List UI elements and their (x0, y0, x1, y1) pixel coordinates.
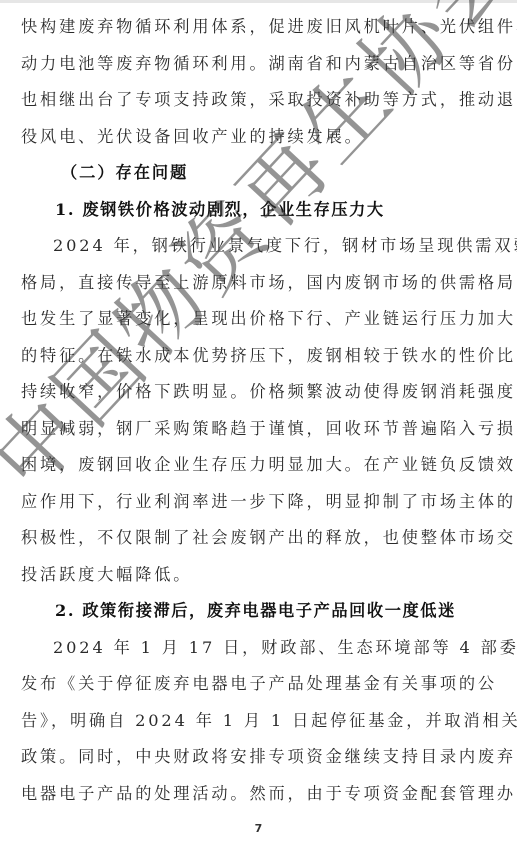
section-heading: （二）存在问题 (21, 155, 497, 192)
body-text-line: 2024 年 1 月 17 日，财政部、生态环境部等 4 部委联合 (21, 630, 497, 667)
page-number: 7 (0, 822, 517, 835)
subheading-1: 1. 废钢铁价格波动剧烈，企业生存压力大 (21, 192, 497, 229)
body-text-line: 明显减弱，钢厂采购策略趋于谨慎，回收环节普遍陷入亏损 (21, 411, 497, 448)
body-text-line: 政策。同时，中央财政将安排专项资金继续支持目录内废弃 (21, 739, 497, 776)
body-text-line: 积极性，不仅限制了社会废钢产出的释放，也使整体市场交 (21, 520, 497, 557)
body-text-line: 役风电、光伏设备回收产业的持续发展。 (21, 119, 497, 156)
top-border (0, 0, 517, 3)
body-text-line: 告》，明确自 2024 年 1 月 1 日起停征基金，并取消相关补贴 (21, 703, 497, 740)
body-text-line: 格局，直接传导至上游原料市场，国内废钢市场的供需格局 (21, 265, 497, 302)
body-text-line: 应作用下，行业利润率进一步下降，明显抑制了市场主体的 (21, 484, 497, 521)
body-text-line: 发布《关于停征废弃电器电子产品处理基金有关事项的公 (21, 666, 497, 703)
body-text-line: 困境，废钢回收企业生存压力明显加大。在产业链负反馈效 (21, 447, 497, 484)
body-text-line: 也相继出台了专项支持政策，采取投资补助等方式，推动退 (21, 82, 497, 119)
body-text-line: 快构建废弃物循环利用体系，促进废旧风机叶片、光伏组件、 (21, 9, 497, 46)
body-text-line: 电器电子产品的处理活动。然而，由于专项资金配套管理办 (21, 776, 497, 813)
body-text-line: 的特征。在铁水成本优势挤压下，废钢相较于铁水的性价比 (21, 338, 497, 375)
body-text-line: 投活跃度大幅降低。 (21, 557, 497, 594)
body-text-line: 动力电池等废弃物循环利用。湖南省和内蒙古自治区等省份 (21, 46, 497, 83)
document-page: 快构建废弃物循环利用体系，促进废旧风机叶片、光伏组件、 动力电池等废弃物循环利用… (21, 9, 497, 812)
body-text-line: 持续收窄，价格下跌明显。价格频繁波动使得废钢消耗强度 (21, 374, 497, 411)
subheading-2: 2. 政策衔接滞后，废弃电器电子产品回收一度低迷 (21, 593, 497, 630)
body-text-line: 也发生了显著变化，呈现出价格下行、产业链运行压力加大 (21, 301, 497, 338)
body-text-line: 2024 年，钢铁行业景气度下行，钢材市场呈现供需双弱 (21, 228, 497, 265)
